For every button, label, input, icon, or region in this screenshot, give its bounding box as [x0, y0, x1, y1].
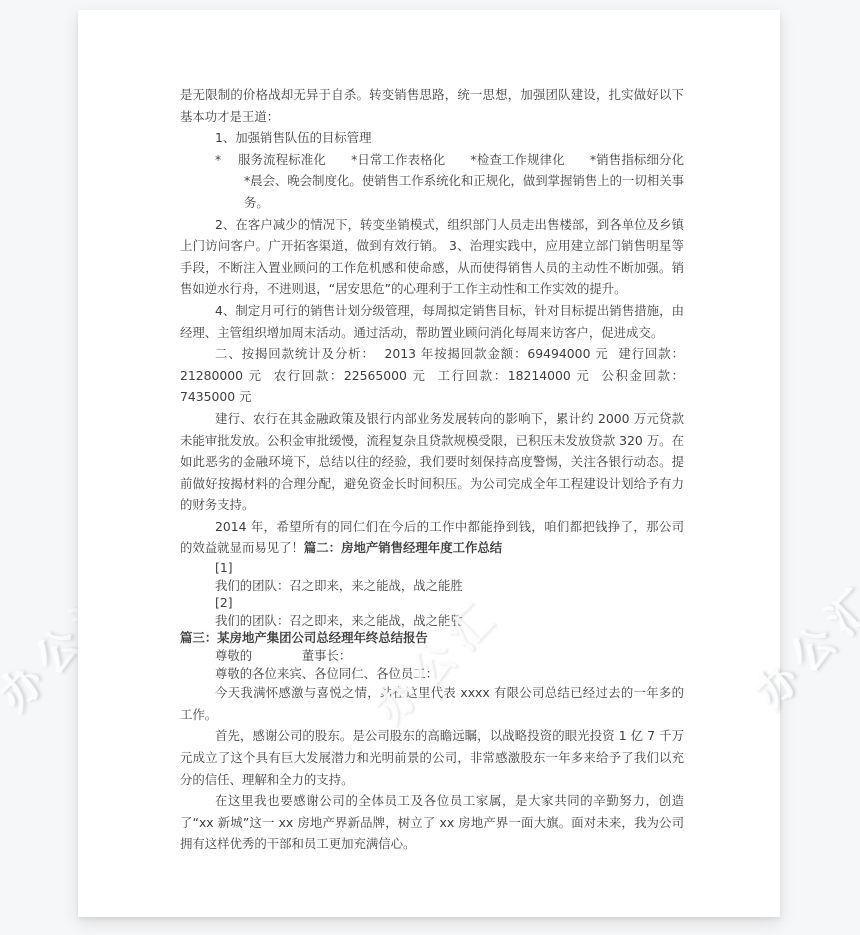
paragraph: 1、加强销售队伍的目标管理 — [180, 127, 684, 149]
paragraph: 尊敬的 董事长： — [180, 647, 684, 665]
text-run: 是无限制的价格战却无异于自杀。转变销售思路，统一思想，加强团队建设，扎实做好以下… — [180, 87, 684, 124]
paragraph: 是无限制的价格战却无异于自杀。转变销售思路，统一思想，加强团队建设，扎实做好以下… — [180, 84, 684, 127]
text-run: 建行、农行在其金融政策及银行内部业务发展转向的影响下，累计约 2000 万元贷款… — [180, 411, 684, 512]
paragraph: 首先，感谢公司的股东。是公司股东的高瞻远瞩，以战略投资的眼光投资 1 亿 7 千… — [180, 725, 684, 790]
paragraph: 4、制定月可行的销售计划分级管理，每周拟定销售目标，针对目标提出销售措施，由经理… — [180, 300, 684, 343]
paragraph: 我们的团队：召之即来，来之能战，战之能胜 — [180, 612, 684, 630]
text-run: 尊敬的 董事长： — [215, 648, 351, 663]
paragraph: 我们的团队：召之即来，来之能战，战之能胜 — [180, 577, 684, 595]
paragraph: 2014 年，希望所有的同仁们在今后的工作中都能挣到钱，咱们都把钱挣了，那公司的… — [180, 516, 684, 559]
text-run: 1、加强销售队伍的目标管理 — [215, 130, 372, 145]
text-run: 我们的团队：召之即来，来之能战，战之能胜 — [215, 613, 463, 628]
paragraph: 建行、农行在其金融政策及银行内部业务发展转向的影响下，累计约 2000 万元贷款… — [180, 408, 684, 516]
text-run: 篇二：房地产销售经理年度工作总结 — [304, 540, 502, 555]
text-run: [1] — [215, 560, 233, 575]
desktop-background: 办公汇 是无限制的价格战却无异于自杀。转变销售思路，统一思想，加强团队建设，扎实… — [0, 0, 860, 935]
text-run: 今天我满怀感激与喜悦之情，站在这里代表 xxxx 有限公司总结已经过去的一年多的… — [180, 685, 684, 722]
paragraph: 在这里我也要感谢公司的全体员工及各位员工家属，是大家共同的辛勤努力，创造了“xx… — [180, 790, 684, 855]
paragraph: * 服务流程标准化 *日常工作表格化 *检查工作规律化 *销售指标细分化 *晨会… — [180, 149, 684, 214]
paragraph: 二、按揭回款统计及分析： 2013 年按揭回款金额：69494000 元 建行回… — [180, 343, 684, 408]
text-run: 我们的团队：召之即来，来之能战，战之能胜 — [215, 578, 463, 593]
text-run: 4、制定月可行的销售计划分级管理，每周拟定销售目标，针对目标提出销售措施，由经理… — [180, 303, 684, 340]
text-run: 首先，感谢公司的股东。是公司股东的高瞻远瞩，以战略投资的眼光投资 1 亿 7 千… — [180, 728, 684, 786]
text-run: * 服务流程标准化 *日常工作表格化 *检查工作规律化 *销售指标细分化 *晨会… — [215, 152, 709, 210]
text-run: 2、在客户减少的情况下，转变坐销模式，组织部门人员走出售楼部，到各单位及乡镇上门… — [180, 217, 684, 297]
text-run: [2] — [215, 595, 233, 610]
text-run: 二、按揭回款统计及分析： 2013 年按揭回款金额：69494000 元 建行回… — [180, 346, 684, 404]
text-run: 篇三：某房地产集团公司总经理年终总结报告 — [180, 630, 428, 645]
text-run: 在这里我也要感谢公司的全体员工及各位员工家属，是大家共同的辛勤努力，创造了“xx… — [180, 793, 684, 851]
paragraph: 今天我满怀感激与喜悦之情，站在这里代表 xxxx 有限公司总结已经过去的一年多的… — [180, 682, 684, 725]
paragraph: [1] — [180, 559, 684, 577]
paragraph: [2] — [180, 594, 684, 612]
text-run: 尊敬的各位来宾、各位同仁、各位员工： — [215, 666, 438, 681]
paragraph: 2、在客户减少的情况下，转变坐销模式，组织部门人员走出售楼部，到各单位及乡镇上门… — [180, 214, 684, 300]
paragraph: 尊敬的各位来宾、各位同仁、各位员工： — [180, 665, 684, 683]
paragraph: 篇三：某房地产集团公司总经理年终总结报告 — [180, 629, 684, 647]
document-page: 是无限制的价格战却无异于自杀。转变销售思路，统一思想，加强团队建设，扎实做好以下… — [78, 10, 780, 917]
document-text-body: 是无限制的价格战却无异于自杀。转变销售思路，统一思想，加强团队建设，扎实做好以下… — [78, 10, 780, 855]
